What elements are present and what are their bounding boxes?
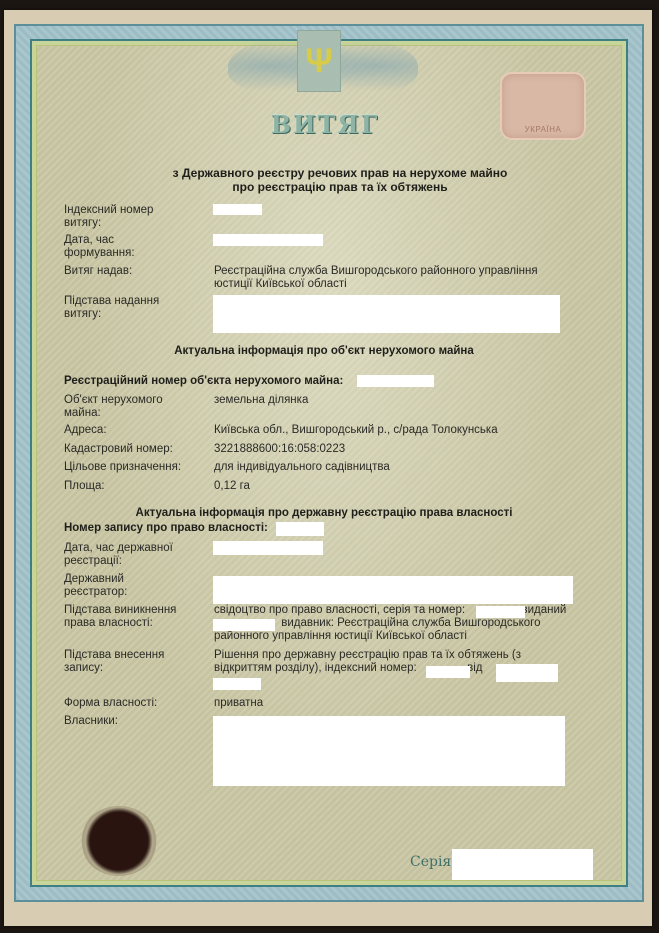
- redacted-registration-date: [213, 541, 323, 555]
- field-label: Об'єкт нерухомого майна:: [64, 394, 169, 420]
- redacted-registrar: [213, 576, 573, 604]
- redacted-date: [213, 234, 323, 246]
- subtitle-line-2: про реєстрацію прав та їх обтяжень: [120, 180, 560, 195]
- registration-number-label: Реєстраційний номер об'єкта нерухомого м…: [64, 375, 343, 387]
- redacted-owners: [213, 716, 565, 786]
- field-value: приватна: [214, 697, 574, 710]
- field-label: Підстава виникнення права власності:: [64, 604, 189, 630]
- redacted-basis: [213, 295, 560, 333]
- field-value: Реєстраційна служба Вишгородського район…: [214, 265, 574, 291]
- hologram-text: УКРАЇНА: [502, 125, 584, 134]
- field-label: Державний реєстратор:: [64, 573, 144, 599]
- record-number-label: Номер запису про право власності:: [64, 522, 268, 534]
- field-value: земельна ділянка: [214, 394, 574, 407]
- redacted-certificate-number: [476, 606, 525, 618]
- field-value: для індивідуального садівництва: [214, 461, 574, 474]
- field-label: Цільове призначення:: [64, 461, 204, 474]
- seal-icon: [80, 806, 158, 876]
- redacted-decision-date-cont: [213, 678, 261, 690]
- series-label: Серія: [410, 854, 451, 870]
- value-part: свідоцтво про право власності, серія та …: [214, 604, 465, 616]
- section-title-object: Актуальна інформація про об'єкт нерухомо…: [64, 345, 584, 357]
- redacted-issue-date: [213, 619, 275, 631]
- redacted-decision-date: [496, 664, 558, 682]
- hologram-sticker-icon: УКРАЇНА: [500, 72, 586, 140]
- document-title: ВИТЯГ: [250, 110, 400, 139]
- redacted-decision-index: [426, 666, 470, 678]
- field-label: Витяг надав:: [64, 265, 204, 278]
- redacted-series-number: [452, 849, 593, 880]
- value-part: виданий: [521, 604, 566, 616]
- field-value: Київська обл., Вишгородський р., с/рада …: [214, 424, 574, 437]
- field-label: Адреса:: [64, 424, 204, 437]
- section-title-rights: Актуальна інформація про державну реєстр…: [64, 507, 584, 519]
- subtitle-line-1: з Державного реєстру речових прав на нер…: [120, 166, 560, 181]
- field-label: Площа:: [64, 480, 204, 493]
- field-label: Підстава внесення запису:: [64, 649, 174, 675]
- field-label: Форма власності:: [64, 697, 204, 710]
- field-value: 3221888600:16:058:0223: [214, 443, 574, 456]
- field-label: Індексний номер витягу:: [64, 204, 164, 230]
- redacted-registration-number: [357, 375, 434, 387]
- field-label: Кадастровий номер:: [64, 443, 204, 456]
- field-label: Власники:: [64, 715, 204, 728]
- field-value: 0,12 га: [214, 480, 574, 493]
- redacted-record-number: [276, 522, 324, 536]
- redacted-index-number: [213, 204, 262, 215]
- document-content: Ψ ВИТЯГ УКРАЇНА з Державного реєстру реч…: [0, 0, 659, 933]
- field-label: Дата, час формування:: [64, 234, 154, 260]
- field-label: Дата, час державної реєстрації:: [64, 542, 174, 568]
- field-label: Підстава надання витягу:: [64, 295, 174, 321]
- trident-icon: Ψ: [297, 30, 341, 92]
